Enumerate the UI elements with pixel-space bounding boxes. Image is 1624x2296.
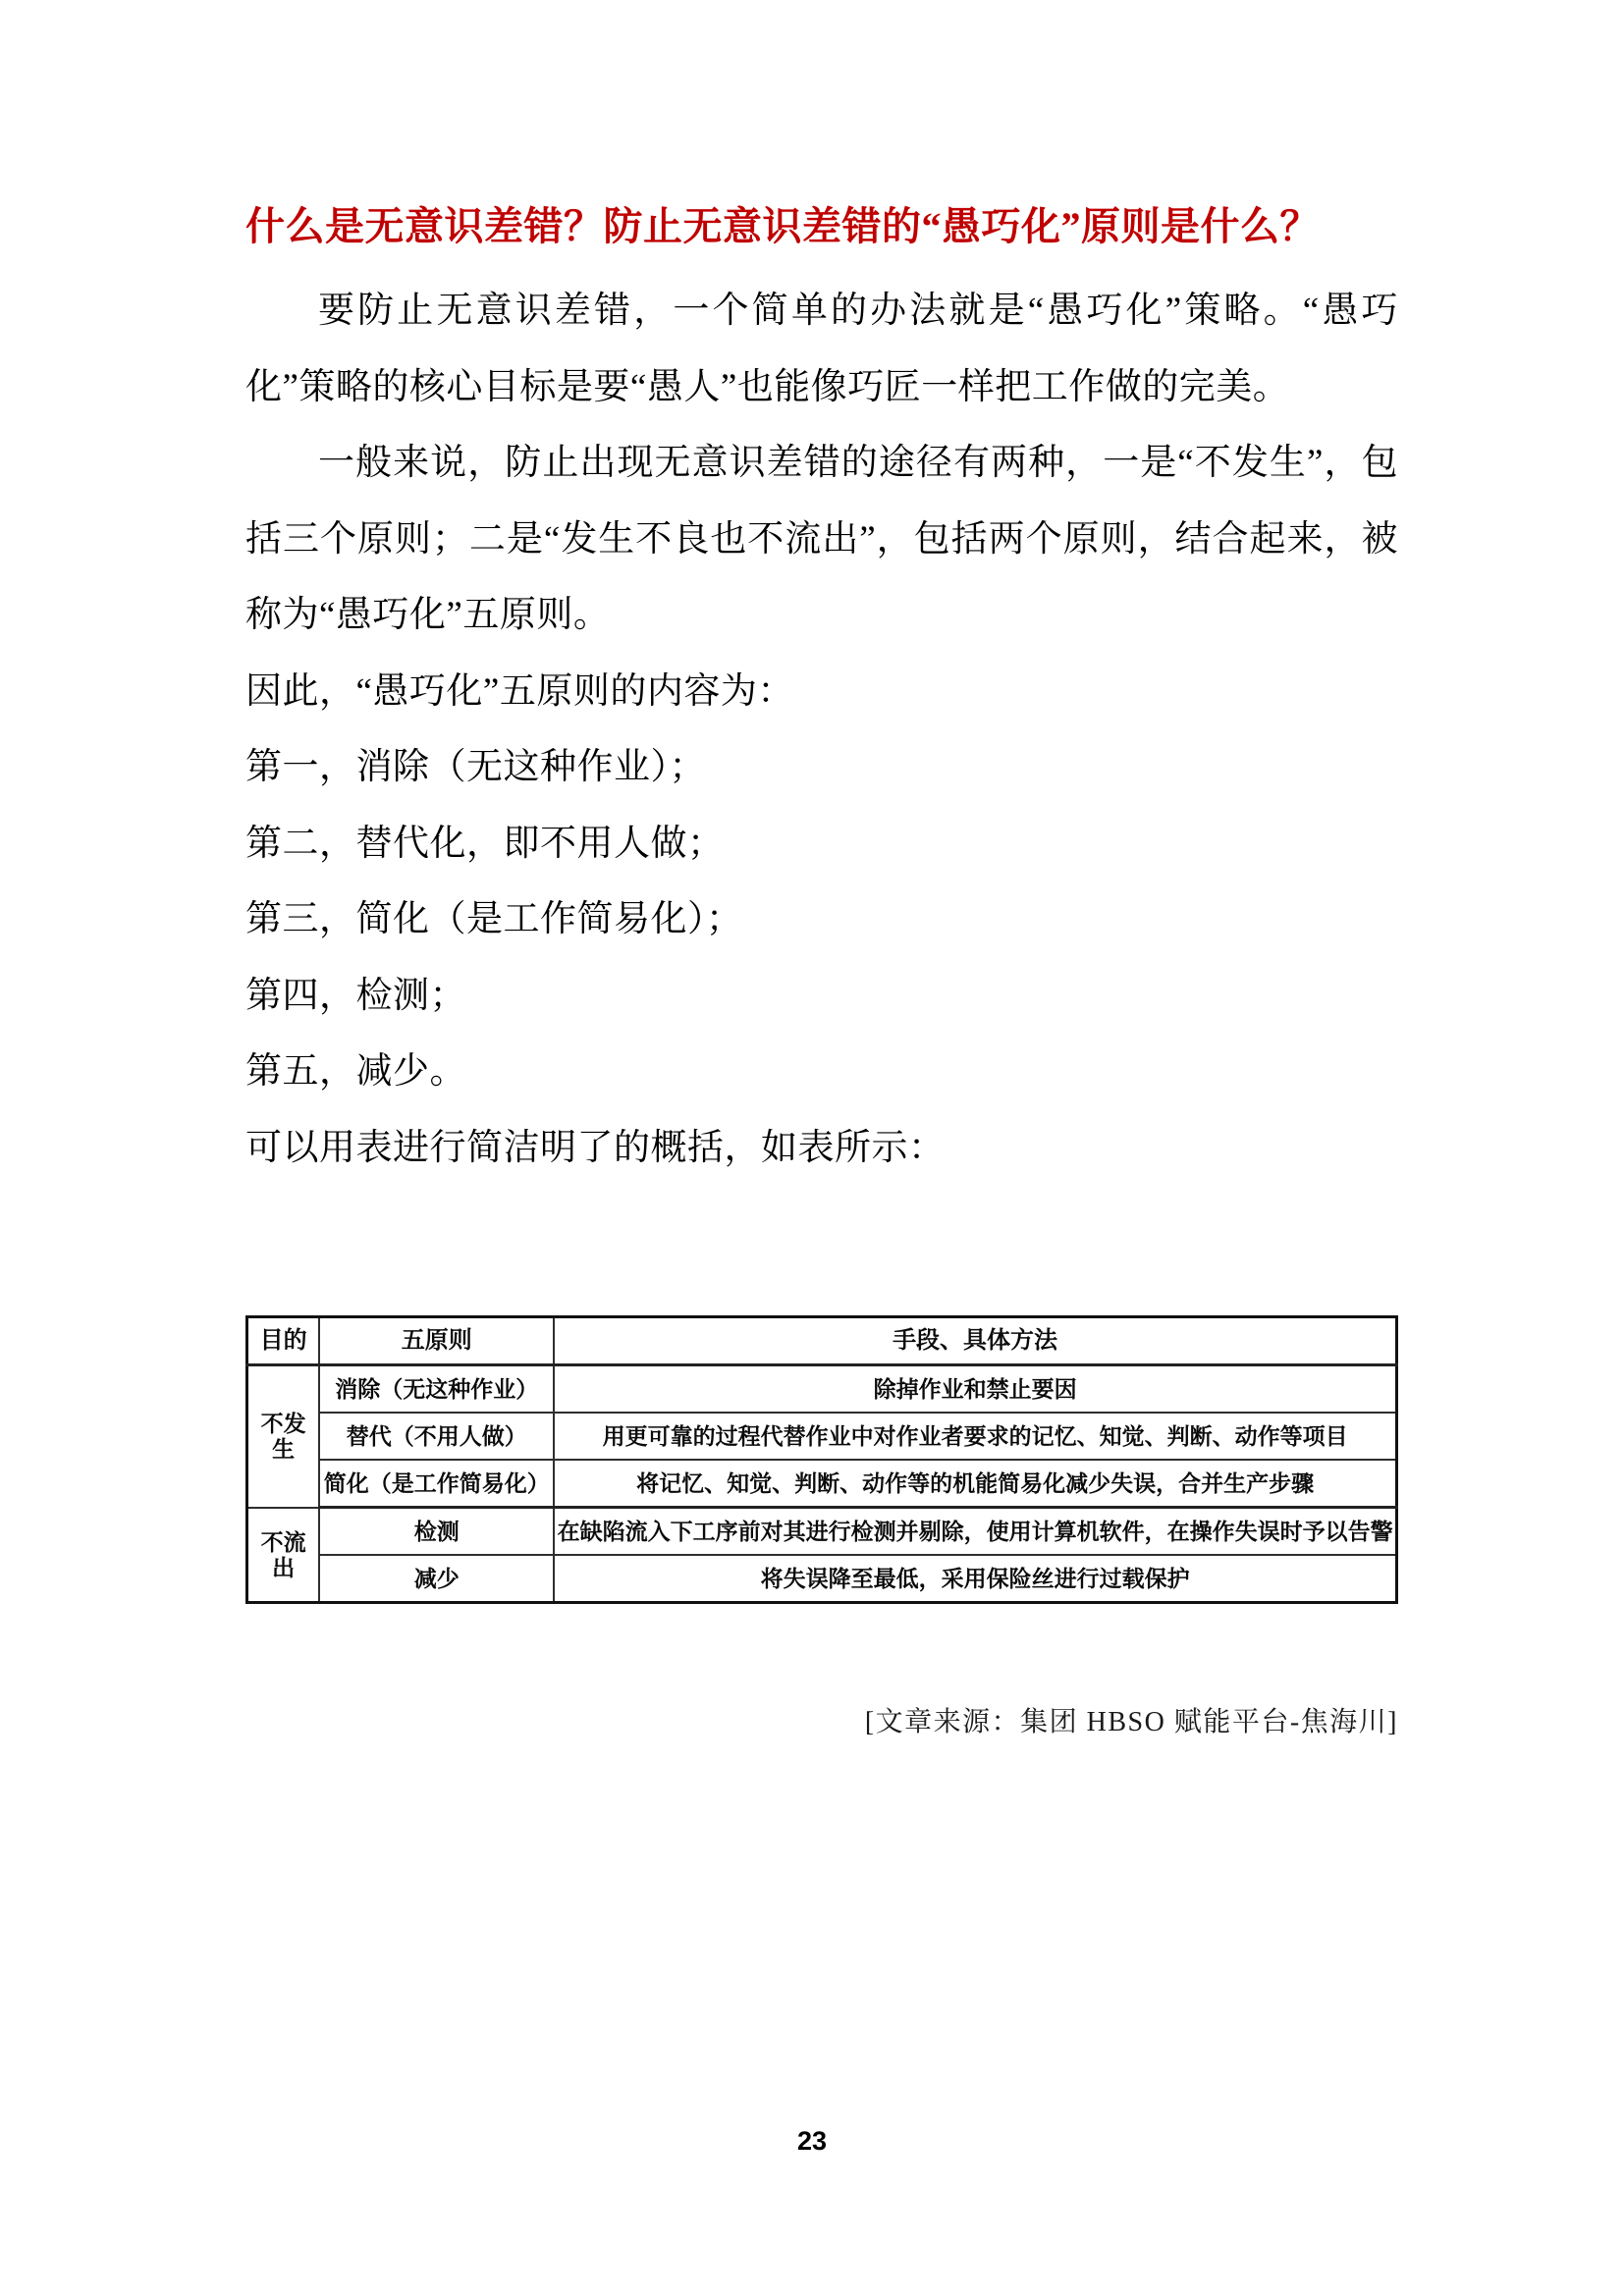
principle-cell: 替代（不用人做）: [319, 1413, 554, 1460]
table-header-methods: 手段、具体方法: [554, 1317, 1396, 1365]
list-item-first: 第一，消除（无这种作业）；: [245, 729, 1398, 806]
page-content: 什么是无意识差错？防止无意识差错的“愚巧化”原则是什么？ 要防止无意识差错，一个…: [245, 198, 1398, 1743]
table-row: 替代（不用人做） 用更可靠的过程代替作业中对作业者要求的记忆、知觉、判断、动作等…: [247, 1413, 1397, 1460]
paragraph: 一般来说，防止出现无意识差错的途径有两种，一是“不发生”，包括三个原则；二是“发…: [245, 425, 1398, 654]
method-cell: 将失误降至最低，采用保险丝进行过载保护: [554, 1555, 1396, 1603]
purpose-cell: 不流出: [247, 1508, 320, 1603]
principles-table: 目的 五原则 手段、具体方法 不发生 消除（无这种作业） 除掉作业和禁止要因 替…: [245, 1315, 1398, 1604]
method-cell: 在缺陷流入下工序前对其进行检测并剔除，使用计算机软件，在操作失误时予以告警: [554, 1508, 1396, 1556]
table-header-purpose: 目的: [247, 1317, 320, 1365]
page-number: 23: [0, 2126, 1624, 2157]
list-item-fourth: 第四，检测；: [245, 958, 1398, 1035]
document-page: 什么是无意识差错？防止无意识差错的“愚巧化”原则是什么？ 要防止无意识差错，一个…: [0, 0, 1624, 2296]
method-cell: 将记忆、知觉、判断、动作等的机能简易化减少失误，合并生产步骤: [554, 1460, 1396, 1508]
paragraph: 要防止无意识差错，一个简单的办法就是“愚巧化”策略。“愚巧化”策略的核心目标是要…: [245, 273, 1398, 425]
table-header-row: 目的 五原则 手段、具体方法: [247, 1317, 1397, 1365]
body-text: 要防止无意识差错，一个简单的办法就是“愚巧化”策略。“愚巧化”策略的核心目标是要…: [245, 273, 1398, 1186]
method-cell: 用更可靠的过程代替作业中对作业者要求的记忆、知觉、判断、动作等项目: [554, 1413, 1396, 1460]
principle-cell: 减少: [319, 1555, 554, 1603]
source-citation: [文章来源：集团 HBSO 赋能平台-焦海川]: [245, 1702, 1398, 1743]
page-title: 什么是无意识差错？防止无意识差错的“愚巧化”原则是什么？: [245, 198, 1398, 255]
method-cell: 除掉作业和禁止要因: [554, 1365, 1396, 1414]
paragraph: 可以用表进行简洁明了的概括，如表所示：: [245, 1110, 1398, 1187]
table-row: 简化（是工作简易化） 将记忆、知觉、判断、动作等的机能简易化减少失误，合并生产步…: [247, 1460, 1397, 1508]
principle-cell: 简化（是工作简易化）: [319, 1460, 554, 1508]
list-item-third: 第三，简化（是工作简易化）；: [245, 881, 1398, 958]
list-item-second: 第二，替代化，即不用人做；: [245, 806, 1398, 882]
paragraph: 因此，“愚巧化”五原则的内容为：: [245, 654, 1398, 730]
purpose-cell: 不发生: [247, 1365, 320, 1508]
principle-cell: 检测: [319, 1508, 554, 1556]
principle-cell: 消除（无这种作业）: [319, 1365, 554, 1414]
table-row: 不流出 检测 在缺陷流入下工序前对其进行检测并剔除，使用计算机软件，在操作失误时…: [247, 1508, 1397, 1556]
list-item-fifth: 第五，减少。: [245, 1034, 1398, 1110]
table-row: 不发生 消除（无这种作业） 除掉作业和禁止要因: [247, 1365, 1397, 1414]
table-header-principles: 五原则: [319, 1317, 554, 1365]
table-row: 减少 将失误降至最低，采用保险丝进行过载保护: [247, 1555, 1397, 1603]
